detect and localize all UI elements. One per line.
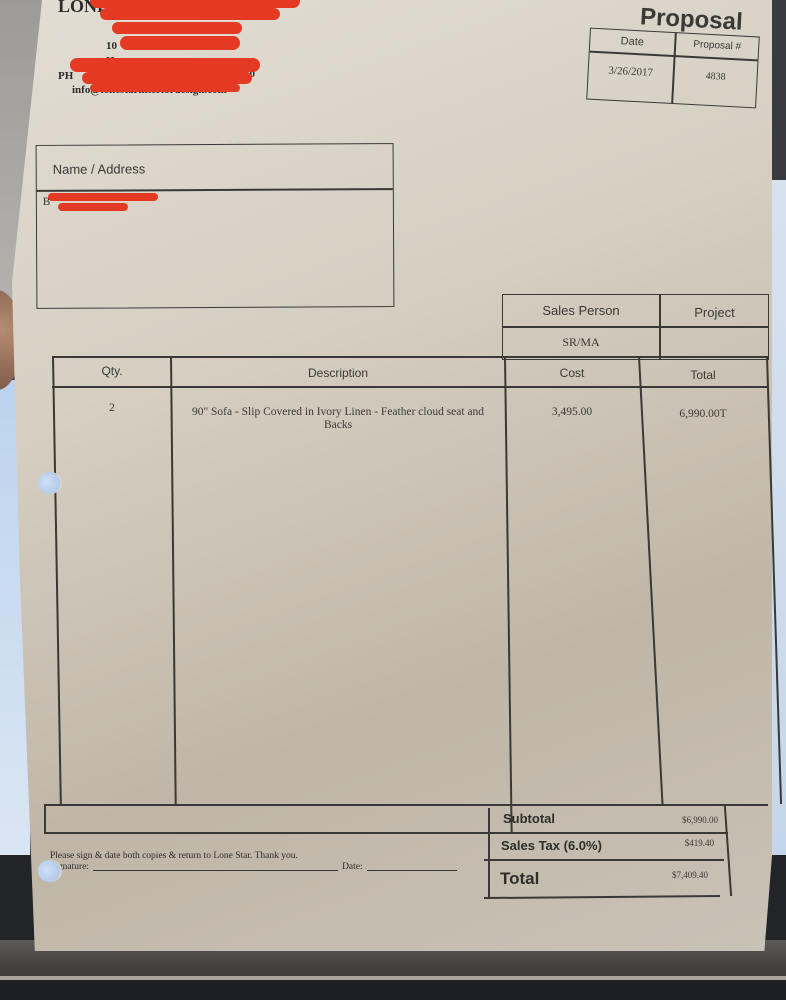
proposal-info-box: Date Proposal # 3/26/2017 4838 <box>586 28 760 109</box>
redaction-mark <box>82 72 252 84</box>
subtotal-value: $6,990.00 <box>620 815 718 825</box>
redaction-mark <box>70 58 260 72</box>
signature-line <box>93 870 338 871</box>
redaction-mark <box>58 203 128 211</box>
address-line-1: 10 <box>106 40 117 52</box>
name-address-box: Name / Address B <box>36 143 395 309</box>
punch-hole <box>38 472 60 494</box>
header-cost: Cost <box>506 366 638 380</box>
row-1-total: 6,990.00T <box>640 408 766 420</box>
punch-hole <box>38 860 60 882</box>
row-1-description: 90" Sofa - Slip Covered in Ivory Linen -… <box>178 406 498 432</box>
sales-tax-value: $419.40 <box>620 838 714 848</box>
signature-row: Signature:Date: <box>50 862 457 872</box>
proposal-number-label: Proposal # <box>676 38 758 53</box>
sales-person-value: SR/MA <box>503 335 659 350</box>
line-items-table: Qty. Description Cost Total 2 90" Sofa -… <box>44 356 768 834</box>
header-description: Description <box>172 366 504 380</box>
sales-person-label: Sales Person <box>503 303 659 318</box>
redaction-mark <box>48 193 158 201</box>
project-label: Project <box>661 305 768 320</box>
total-value: $7,409.40 <box>620 870 708 880</box>
date-field-label: Date: <box>342 862 363 872</box>
redaction-mark <box>90 84 240 92</box>
redaction-mark <box>120 36 240 50</box>
proposal-number-value: 4838 <box>674 69 756 84</box>
footer-note: Please sign & date both copies & return … <box>50 851 298 861</box>
date-field-line <box>367 870 457 871</box>
laptop-keyboard <box>0 980 786 1000</box>
row-1-qty: 2 <box>54 402 170 414</box>
header-total: Total <box>640 368 766 382</box>
row-1-cost: 3,495.00 <box>506 406 638 418</box>
sales-tax-label: Sales Tax (6.0%) <box>501 838 602 853</box>
redaction-mark <box>90 0 300 8</box>
date-value: 3/26/2017 <box>588 64 673 80</box>
total-label: Total <box>500 869 539 889</box>
redaction-mark <box>112 22 242 34</box>
date-label: Date <box>590 34 675 50</box>
header-qty: Qty. <box>54 364 170 378</box>
sales-person-box: Sales Person Project SR/MA <box>502 294 769 360</box>
name-address-label: Name / Address <box>53 161 146 176</box>
phone-line: PH <box>58 70 73 82</box>
subtotal-label: Subtotal <box>503 811 555 826</box>
redaction-mark <box>100 8 280 20</box>
